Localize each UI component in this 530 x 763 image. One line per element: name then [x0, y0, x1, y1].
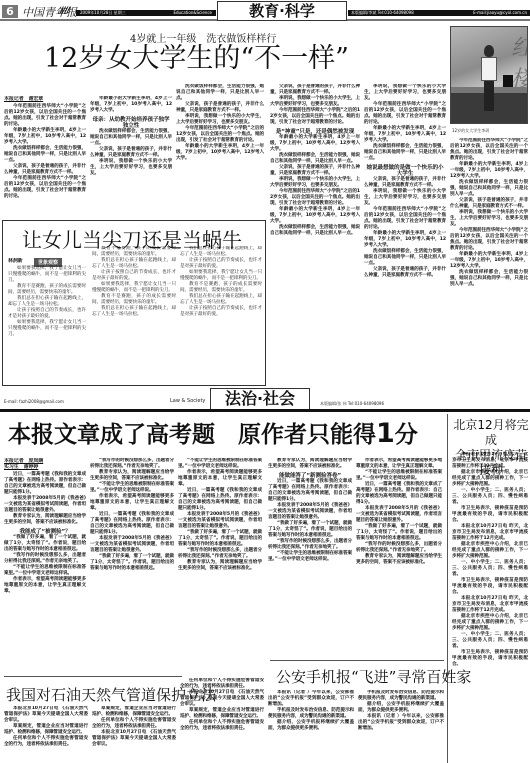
section2-rule	[0, 409, 530, 412]
lead-story-col-3: “不能让学生的思维被限制在标准答案里。”一位中学语文老师这样说。作者表示，希望高…	[178, 458, 262, 670]
photo-caption: 12岁的女大学生李玥	[452, 128, 489, 133]
opinion-col-1: 林洞新 如果要我选择，我宁愿让女儿当一只慢慢爬的蜗牛，而不是一把锋利的尖刀。教育…	[8, 258, 86, 382]
opinion-col-2: 教育不是赛跑，孩子的成长需要时间，需要经历，需要快乐的童年。我们总在担心孩子输在…	[92, 246, 176, 382]
wall-calligraphy: 红 楼	[511, 31, 528, 93]
police-story-top-rule	[270, 660, 444, 661]
top-story-subhead-3: 她说最想做的是做一个快乐的小大学生	[364, 165, 446, 177]
section2-editor-phone: 本版编辑/张 伟 Tel:010-64098096	[320, 401, 384, 406]
lead-story-col-5: 作者表示，希望高考阅读题能够更多地尊重原文的本意，让学生真正理解文章。“不能让学…	[356, 458, 442, 658]
opinion-byline: 林洞新	[8, 258, 86, 264]
header-strip-right: 本版编辑/李斌 Tel:010-64098098 E-mail:jiaoyu@c…	[348, 10, 530, 16]
section-title-education: 教育·科学	[217, 1, 347, 21]
top-story-byline: 本报记者 谢宏章	[4, 96, 86, 102]
section2-english: Law & Society	[170, 399, 205, 404]
sidebar-col: 本报北京10月27日电 昨天，北京市卫生局发布消息，北京市甲流疫苗接种工作将于1…	[452, 452, 528, 760]
section-email: E-mail:jiaoyu@cyol.com.cn	[473, 10, 527, 16]
editor-phone: 本版编辑/李斌 Tel:010-64098098	[351, 10, 414, 16]
lead-byline-2: 实习生 谢婷婷	[4, 464, 86, 470]
section-title-law: 法治·社会	[210, 388, 310, 410]
lead-story-col-2: “我写作的时候没想那么多，出题者分析得比我还深刻。”作者无奈地笑了。教育专家认为…	[90, 458, 174, 670]
top-story-col-1: 本报记者 谢宏章 今年范围前往西华师大“小学院”之后的12岁女孩，以后全国关注的…	[4, 96, 86, 214]
police-story-col-2: 手机报及时发布治安信息、防范提示和便民服务内容，成为警民沟通的新渠道。据介绍，公…	[358, 690, 444, 762]
top-story-col-6: 今年范围前往西华师大“小学院”之后的12岁女孩，以后全国关注的一个焦点。她的出现…	[450, 138, 528, 386]
section-english: Education&Science	[173, 10, 212, 16]
student-photo: 红 楼	[450, 26, 528, 124]
lead-story-col-4: 教育专家认为，阅读理解题应当给学生更多的空间，答案不应该被标准化。 能做能答了“…	[268, 458, 352, 658]
top-story-col-3: 洗衣做饭样样都会，生活能力很强，她说自己和其他同学一样，只是比别人早一点。父亲说…	[176, 84, 264, 194]
page-number: 6	[2, 5, 18, 18]
top-story-col-4: 父亲说，孩子是普通的孩子，并非什么神童，只是家庭教育方式不一样。李玥说，我想做一…	[270, 84, 360, 386]
lead-story-col-1: 本报记者 庞岚娴 实习生 谢婷婷 近日，一篇高考题《我和我的文章成了高考题》在网…	[4, 458, 86, 670]
student-figure	[481, 45, 497, 115]
section2-email: E-mail: fazhi2008@gmail.com	[4, 399, 64, 404]
police-story-headline: 公安手机报“飞进”寻常百姓家	[276, 666, 471, 687]
opinion-col-3: 我们总在担心孩子输在起跑线上，却忘了人生是一场马拉松。让孩子按照自己的节奏成长，…	[180, 246, 262, 382]
top-story-col-5: 李玥说，我想做一个快乐的小大学生，上大学后要好好学习，也要多交朋友。今年范围前往…	[364, 84, 446, 386]
top-story-headline: 12岁女大学生的“不一样”	[44, 44, 349, 74]
header-slashes: ////	[60, 6, 69, 16]
lead-story-bottom-rule	[4, 676, 182, 677]
issue-date: 2009年10月28日 星期三	[80, 10, 126, 16]
header-strip-left: 2009年10月28日 星期三 Education&Science	[76, 10, 216, 16]
lead-story-headline: 本报文章成了高考题 原作者只能得1分	[8, 416, 418, 449]
oil-story-col-1: 本报北京10月27日电 《石油天然气管道保护法》草案今天提请全国人大常委会审议。…	[4, 706, 88, 762]
oil-story-col-2: 草案规定，管道企业应当对管道进行巡护、检测和维修，保障管道安全运行。任何单位和个…	[92, 706, 176, 762]
oil-story-col-3: 任何单位和个人不得实施危害管道安全的行为，违者将依法承担责任。本报北京10月27…	[180, 678, 264, 762]
police-story-col-1: 本报讯（记者 ）今年以来，公安部推出的“公安手机报”受到群众欢迎，订户不断增加。…	[268, 690, 354, 762]
top-story-col-2: 年龄最小的大学新生李玥，4岁上一年级，7岁上初中，10岁考入高中，12岁考入大学…	[90, 96, 172, 214]
top-story-subhead-1: 母亲：从幼教开始培养孩子独学独立性	[90, 117, 172, 129]
sidebar-divider	[447, 414, 448, 763]
